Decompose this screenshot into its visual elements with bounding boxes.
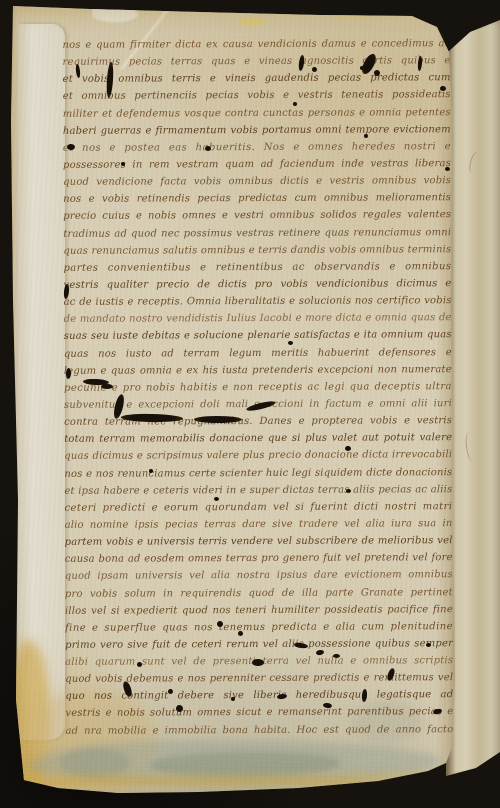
ink-blot (312, 67, 317, 72)
ink-blot (417, 56, 422, 71)
ink-blot (63, 284, 70, 299)
ink-blot (360, 66, 364, 70)
ink-blot (246, 399, 277, 412)
show-through-mark (464, 431, 478, 462)
ink-blot (277, 693, 288, 699)
ink-blot (364, 134, 368, 138)
ink-blot (121, 162, 125, 166)
ink-blot (176, 705, 183, 712)
ink-blot (316, 649, 325, 655)
ink-blot (288, 341, 293, 345)
ink-blot (386, 667, 396, 681)
ink-blot (433, 708, 443, 715)
ink-blot (137, 662, 142, 667)
manuscript-photo: nos e quam firmiter dicta ex causa vendi… (0, 0, 500, 808)
ink-blot (106, 62, 114, 98)
ink-blot (298, 55, 305, 72)
ink-blot (75, 64, 80, 78)
ink-blot (333, 654, 340, 658)
ink-blot (121, 413, 183, 422)
ink-blot (294, 642, 309, 649)
ink-blot (67, 144, 75, 150)
ink-blot (214, 497, 219, 501)
ink-blots (0, 0, 500, 808)
ink-blot (323, 703, 332, 709)
ink-blot (168, 689, 173, 694)
deckle-edge-bottom (0, 788, 460, 808)
ink-blot (252, 659, 264, 666)
ink-blot (445, 167, 450, 171)
show-through-mark (467, 151, 482, 175)
ink-blot (238, 631, 243, 636)
ink-blot (217, 621, 223, 627)
ink-blot (101, 384, 113, 389)
ink-blot (361, 689, 367, 702)
ink-blot (194, 416, 242, 423)
ink-blot (440, 86, 446, 91)
ink-blot (346, 489, 351, 493)
ink-blot (374, 70, 380, 76)
ink-blot (205, 146, 211, 151)
ink-blot (231, 697, 235, 701)
ink-blot (426, 643, 431, 647)
ink-blot (293, 102, 297, 106)
manuscript-page: nos e quam firmiter dicta ex causa vendi… (0, 0, 500, 808)
ink-blot (345, 446, 351, 451)
ink-blot (122, 680, 134, 697)
ink-blot (66, 368, 72, 379)
ink-blot (149, 469, 153, 473)
